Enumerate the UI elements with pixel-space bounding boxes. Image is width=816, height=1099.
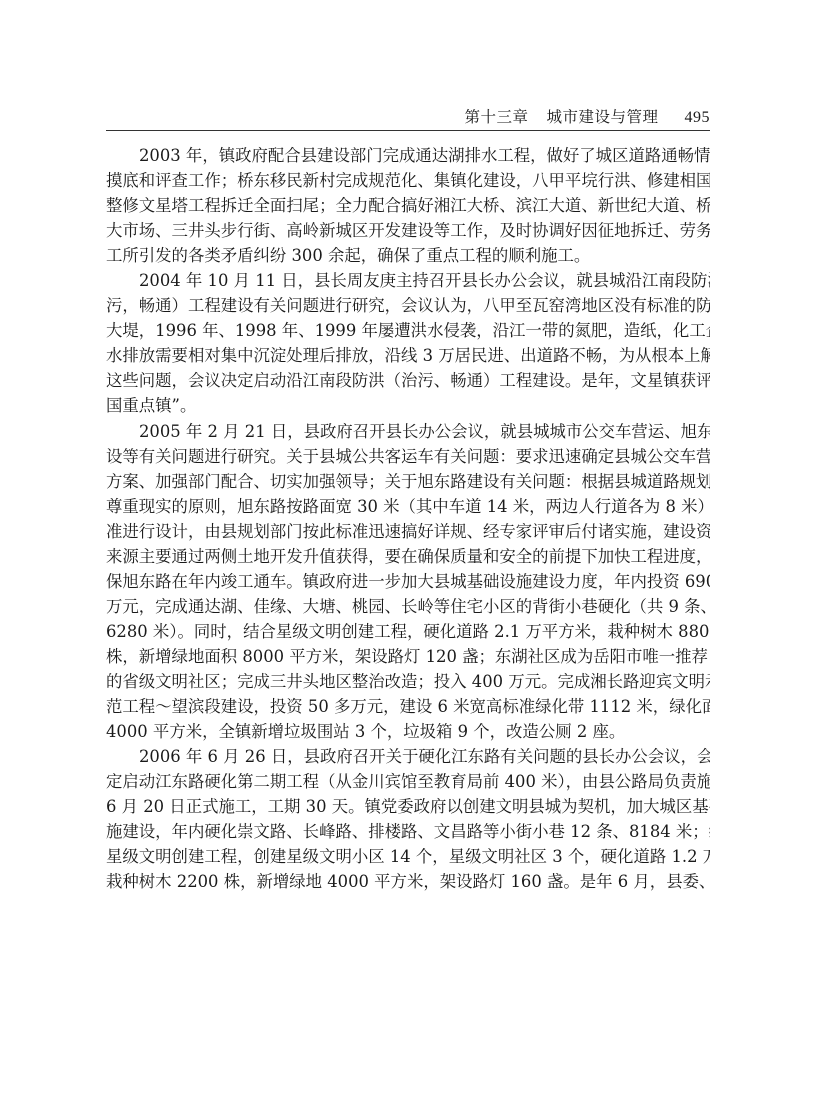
- text-line: 水排放需要相对集中沉淀处理后排放，沿线 3 万居民进、出道路不畅，为从根本上解决: [106, 343, 710, 368]
- text-line: 定启动江东路硬化第二期工程（从金川宾馆至教育局前 400 米），由县公路局负责施…: [106, 769, 710, 794]
- text-line: 6280 米）。同时，结合星级文明创建工程，硬化道路 2.1 万平方米，栽种树木…: [106, 619, 710, 644]
- text-line: 这些问题，会议决定启动沿江南段防洪（治污、畅通）工程建设。是年，文星镇获评“全: [106, 368, 710, 393]
- text-line: 尊重现实的原则，旭东路按路面宽 30 米（其中车道 14 米，两边人行道各为 8…: [106, 494, 710, 519]
- text-line: 2006 年 6 月 26 日，县政府召开关于硬化江东路有关问题的县长办公会议，…: [106, 744, 710, 769]
- text-line: 来源主要通过两侧土地开发升值获得，要在确保质量和安全的前提下加快工程进度，确: [106, 544, 710, 569]
- running-header: 第十三章城市建设与管理495: [106, 104, 710, 131]
- text-line: 保旭东路在年内竣工通车。镇政府进一步加大县城基础设施建设力度，年内投资 690 …: [106, 569, 710, 594]
- text-line: 株，新增绿地面积 8000 平方米，架设路灯 120 盏；东湖社区成为岳阳市唯一…: [106, 644, 710, 669]
- text-line: 大市场、三井头步行街、高岭新城区开发建设等工作，及时协调好因征地拆迁、劳务用: [106, 218, 710, 243]
- text-line: 栽种树木 2200 株，新增绿地 4000 平方米，架设路灯 160 盏。是年 …: [106, 869, 710, 894]
- text-line: 工所引发的各类矛盾纠纷 300 余起，确保了重点工程的顺利施工。: [106, 243, 710, 268]
- text-line: 准进行设计，由县规划部门按此标准迅速搞好详规、经专家评审后付诸实施，建设资金: [106, 519, 710, 544]
- text-line: 星级文明创建工程，创建星级文明小区 14 个，星级文明社区 3 个，硬化道路 1…: [106, 844, 710, 869]
- text-line: 6 月 20 日正式施工，工期 30 天。镇党委政府以创建文明县城为契机，加大城…: [106, 794, 710, 819]
- text-line: 2003 年，镇政府配合县建设部门完成通达湖排水工程，做好了城区道路通畅情况: [106, 143, 710, 168]
- section-title: 城市建设与管理: [546, 108, 658, 126]
- text-line: 污，畅通）工程建设有关问题进行研究，会议认为，八甲至瓦窑湾地区没有标准的防洪: [106, 293, 710, 318]
- text-line: 范工程～望滨段建设，投资 50 多万元，建设 6 米宽高标准绿化带 1112 米…: [106, 694, 710, 719]
- text-line: 国重点镇”。: [106, 393, 710, 418]
- text-line: 2004 年 10 月 11 日，县长周友庚主持召开县长办公会议，就县城沿江南段…: [106, 268, 710, 293]
- page-body: 2003 年，镇政府配合县建设部门完成通达湖排水工程，做好了城区道路通畅情况摸底…: [106, 143, 710, 894]
- text-line: 4000 平方米，全镇新增垃圾围站 3 个，垃圾箱 9 个，改造公厕 2 座。: [106, 719, 710, 744]
- text-line: 方案、加强部门配合、切实加强领导；关于旭东路建设有关问题：根据县城道路规划和: [106, 469, 710, 494]
- text-line: 2005 年 2 月 21 日，县政府召开县长办公会议，就县城城市公交车营运、旭…: [106, 419, 710, 444]
- page-number: 495: [685, 109, 711, 126]
- text-line: 摸底和评查工作；桥东移民新村完成规范化、集镇化建设，八甲平垸行洪、修建相国祠、: [106, 168, 710, 193]
- text-line: 施建设，年内硬化崇文路、长峰路、排楼路、文昌路等小街小巷 12 条、8184 米…: [106, 819, 710, 844]
- chapter-label: 第十三章: [464, 108, 528, 126]
- text-line: 的省级文明社区；完成三井头地区整治改造；投入 400 万元。完成湘长路迎宾文明示: [106, 669, 710, 694]
- text-line: 大堤，1996 年、1998 年、1999 年屡遭洪水侵袭，沿江一带的氮肥，造纸…: [106, 318, 710, 343]
- text-line: 万元，完成通达湖、佳缘、大塘、桃园、长岭等住宅小区的背街小巷硬化（共 9 条、: [106, 594, 710, 619]
- text-line: 整修文星塔工程拆迁全面扫尾；全力配合搞好湘江大桥、滨江大道、新世纪大道、桥东: [106, 193, 710, 218]
- header-text: 第十三章城市建设与管理495: [464, 105, 710, 127]
- text-line: 设等有关问题进行研究。关于县城公共客运车有关问题：要求迅速确定县城公交车营运: [106, 444, 710, 469]
